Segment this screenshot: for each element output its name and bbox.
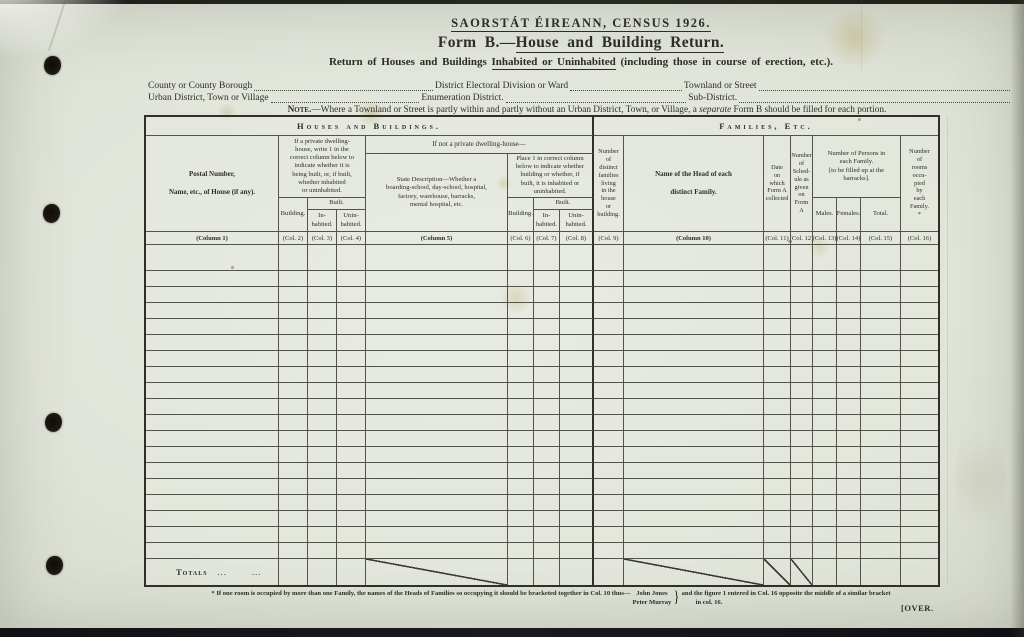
empty-entry-cell [560,495,594,511]
empty-entry-cell [279,335,308,351]
empty-entry-cell [560,479,594,495]
empty-entry-cell [308,447,337,463]
empty-entry-cell [791,527,813,543]
footnote-brace: } [673,588,679,604]
col-header-males-13: Males. [813,198,837,232]
column-label: (Col. 9) [594,232,624,245]
section-houses-buildings: Houses and Buildings. [146,117,594,136]
totals-empty-cell [534,559,560,585]
empty-entry-cell [534,479,560,495]
empty-entry-cell [901,335,938,351]
empty-entry-cell [791,511,813,527]
empty-entry-cell [901,245,938,271]
empty-entry-cell [308,319,337,335]
empty-entry-cell [366,447,508,463]
form-title-prefix: Form B.— [438,34,516,51]
empty-entry-cell [279,287,308,303]
empty-entry-cell [901,495,938,511]
empty-entry-cell [534,303,560,319]
empty-entry-cell [279,383,308,399]
empty-entry-cell [837,351,861,367]
empty-entry-cell [764,383,791,399]
field-line-1: County or County Borough District Electo… [148,79,1012,91]
empty-entry-cell [534,447,560,463]
empty-entry-cell [534,319,560,335]
totals-empty-cell [813,559,837,585]
empty-entry-cell [764,527,791,543]
totals-dots: ... ... ... [218,567,279,577]
empty-entry-cell [366,479,508,495]
empty-entry-cell [337,367,366,383]
empty-entry-cell [534,527,560,543]
empty-entry-cell [308,399,337,415]
empty-entry-cell [366,415,508,431]
empty-entry-cell [594,527,624,543]
empty-entry-cell [624,495,764,511]
empty-entry-cell [901,319,938,335]
empty-entry-cell [366,399,508,415]
empty-entry-cell [146,479,279,495]
empty-entry-cell [337,319,366,335]
empty-entry-cell [791,447,813,463]
totals-empty-cell [560,559,594,585]
empty-entry-cell [366,287,508,303]
empty-entry-cell [146,511,279,527]
empty-entry-cell [534,543,560,559]
totals-row-label-cell: Totals... ... ... [146,559,279,585]
urban-district-label: Urban District, Town or Village [148,93,269,103]
note-text-end: Form B should be filled for each portion… [731,105,886,115]
empty-entry-cell [508,303,534,319]
empty-entry-cell [837,383,861,399]
punch-hole [44,56,61,75]
empty-entry-cell [901,271,938,287]
empty-entry-cell [624,415,764,431]
punch-hole [46,556,63,575]
empty-entry-cell [594,479,624,495]
column-label: (Column 5) [366,232,508,245]
empty-entry-cell [279,351,308,367]
empty-entry-cell [764,245,791,271]
empty-entry-cell [534,335,560,351]
empty-entry-cell [624,351,764,367]
empty-entry-cell [337,383,366,399]
col-header-distinct-families-9: Number of distinct families living in th… [594,136,624,232]
empty-entry-cell [366,463,508,479]
empty-entry-cell [861,479,901,495]
empty-entry-cell [861,367,901,383]
empty-entry-cell [764,303,791,319]
empty-entry-cell [837,543,861,559]
empty-entry-cell [837,399,861,415]
totals-empty-cell [901,559,938,585]
totals-diagonal-cell [764,559,791,585]
column-label: (Col. 7) [534,232,560,245]
empty-entry-cell [366,271,508,287]
empty-entry-cell [279,415,308,431]
empty-entry-cell [901,463,938,479]
empty-entry-cell [764,415,791,431]
empty-entry-cell [594,383,624,399]
empty-entry-cell [813,447,837,463]
empty-entry-cell [146,335,279,351]
column-label: (Col. 8) [560,232,594,245]
empty-entry-cell [508,479,534,495]
empty-entry-cell [901,511,938,527]
empty-entry-cell [861,527,901,543]
empty-entry-cell [813,527,837,543]
empty-entry-cell [508,335,534,351]
empty-entry-cell [337,527,366,543]
empty-entry-cell [366,511,508,527]
empty-entry-cell [279,319,308,335]
empty-entry-cell [146,399,279,415]
empty-entry-cell [624,383,764,399]
empty-entry-cell [308,479,337,495]
empty-entry-cell [534,415,560,431]
empty-entry-cell [624,287,764,303]
empty-entry-cell [534,351,560,367]
empty-entry-cell [791,351,813,367]
col-header-building-6: Building. [508,198,534,232]
empty-entry-cell [837,271,861,287]
empty-entry-cell [791,319,813,335]
empty-entry-cell [337,415,366,431]
empty-entry-cell [813,245,837,271]
column-label: (Column 1) [146,232,279,245]
empty-entry-cell [624,463,764,479]
empty-entry-cell [279,447,308,463]
empty-entry-cell [366,527,508,543]
empty-entry-cell [560,335,594,351]
empty-entry-cell [791,495,813,511]
empty-entry-cell [366,351,508,367]
empty-entry-cell [534,431,560,447]
empty-entry-cell [594,447,624,463]
empty-entry-cell [560,303,594,319]
totals-diagonal-cell [791,559,813,585]
empty-entry-cell [813,303,837,319]
empty-entry-cell [146,271,279,287]
column-label: (Col. 6) [508,232,534,245]
empty-entry-cell [146,415,279,431]
empty-entry-cell [861,335,901,351]
empty-entry-cell [764,479,791,495]
empty-entry-cell [764,431,791,447]
empty-entry-cell [560,287,594,303]
empty-entry-cell [308,415,337,431]
empty-entry-cell [146,245,279,271]
empty-entry-cell [594,245,624,271]
empty-entry-cell [837,431,861,447]
empty-entry-cell [366,319,508,335]
column-label: (Column 10) [624,232,764,245]
empty-entry-cell [560,271,594,287]
empty-entry-cell [337,479,366,495]
empty-entry-cell [508,367,534,383]
empty-entry-cell [337,287,366,303]
empty-entry-cell [837,319,861,335]
empty-entry-cell [764,543,791,559]
empty-entry-cell [146,319,279,335]
empty-entry-cell [508,399,534,415]
empty-entry-cell [837,415,861,431]
empty-entry-cell [308,335,337,351]
empty-entry-cell [366,431,508,447]
col-header-private-dwelling-group: If a private dwelling- house, write 1 in… [279,136,366,198]
col-header-place1-group: Place 1 in correct column below to indic… [508,154,594,198]
empty-entry-cell [624,479,764,495]
empty-entry-cell [624,527,764,543]
empty-entry-cell [861,511,901,527]
footnote: * If one room is occupied by more than o… [168,590,934,607]
empty-entry-cell [560,431,594,447]
empty-entry-cell [279,495,308,511]
empty-entry-cell [594,431,624,447]
empty-entry-cell [508,351,534,367]
empty-entry-cell [813,351,837,367]
empty-entry-cell [901,527,938,543]
empty-entry-cell [764,287,791,303]
punch-hole [45,413,62,432]
empty-entry-cell [366,335,508,351]
empty-entry-cell [813,511,837,527]
scanned-census-form-page: SAORSTÁT ÉIREANN, CENSUS 1926. Form B.—H… [0,0,1024,637]
empty-entry-cell [624,245,764,271]
empty-entry-cell [624,367,764,383]
empty-entry-cell [279,303,308,319]
col-header-rooms-occupied-16: Number of rooms occu- pied by each Famil… [901,136,938,232]
empty-entry-cell [508,463,534,479]
note-italic-word: separate [699,105,731,115]
col-header-inhabited-3: In- habited. [308,210,337,232]
empty-entry-cell [764,495,791,511]
empty-entry-cell [308,351,337,367]
table-edge-shadow-line [947,116,948,584]
return-prefix: Return of Houses and Buildings [329,56,492,68]
empty-entry-cell [861,271,901,287]
county-borough-label: County or County Borough [148,81,252,91]
empty-entry-cell [837,335,861,351]
empty-entry-cell [337,351,366,367]
empty-entry-cell [337,399,366,415]
empty-entry-cell [764,271,791,287]
section-families: Families, Etc. [594,117,938,136]
district-electoral-division-label: District Electoral Division or Ward [435,81,568,91]
empty-entry-cell [308,287,337,303]
column-label: (Col. 14) [837,232,861,245]
empty-entry-cell [146,463,279,479]
empty-entry-cell [594,351,624,367]
empty-entry-cell [308,367,337,383]
empty-entry-cell [366,245,508,271]
empty-entry-cell [279,431,308,447]
empty-entry-cell [791,479,813,495]
column-label: (Col. 3) [308,232,337,245]
col-header-built-group-left: Built. [308,198,366,210]
dotted-leader [739,93,1010,103]
empty-entry-cell [337,271,366,287]
empty-entry-cell [764,447,791,463]
empty-entry-cell [861,543,901,559]
census-table: Houses and Buildings. Families, Etc. Pos… [144,115,940,587]
census-title: SAORSTÁT ÉIREANN, CENSUS 1926. [150,16,1012,31]
column-label: (Col. 12) [791,232,813,245]
empty-entry-cell [366,543,508,559]
empty-entry-cell [764,319,791,335]
totals-empty-cell [837,559,861,585]
empty-entry-cell [861,287,901,303]
empty-entry-cell [624,303,764,319]
empty-entry-cell [308,245,337,271]
empty-entry-cell [813,335,837,351]
return-subtitle: Return of Houses and Buildings Inhabited… [150,56,1012,68]
column-label: (Col. 2) [279,232,308,245]
empty-entry-cell [791,543,813,559]
empty-entry-cell [813,495,837,511]
empty-entry-cell [146,543,279,559]
empty-entry-cell [279,367,308,383]
empty-entry-cell [508,511,534,527]
empty-entry-cell [279,543,308,559]
empty-entry-cell [837,479,861,495]
empty-entry-cell [861,383,901,399]
empty-entry-cell [279,245,308,271]
empty-entry-cell [560,351,594,367]
col-header-building-2: Building. [279,198,308,232]
totals-label: Totals [176,567,208,577]
empty-entry-cell [624,543,764,559]
column-label: (Col. 13) [813,232,837,245]
empty-entry-cell [279,271,308,287]
empty-entry-cell [901,351,938,367]
return-suffix: (including those in course of erection, … [616,56,833,68]
empty-entry-cell [837,463,861,479]
col-header-females-14: Females. [837,198,861,232]
empty-entry-cell [837,447,861,463]
empty-entry-cell [508,431,534,447]
scan-edge-bottom [0,628,1024,637]
empty-entry-cell [594,271,624,287]
col-header-uninhabited-8: Unin- habited. [560,210,594,232]
empty-entry-cell [624,399,764,415]
col-header-head-of-family-10: Name of the Head of each distinct Family… [624,136,764,232]
empty-entry-cell [901,303,938,319]
empty-entry-cell [861,351,901,367]
empty-entry-cell [366,303,508,319]
empty-entry-cell [624,335,764,351]
empty-entry-cell [594,511,624,527]
empty-entry-cell [508,245,534,271]
empty-entry-cell [813,287,837,303]
empty-entry-cell [534,245,560,271]
col-header-not-private-group: If not a private dwelling-house— [366,136,594,154]
empty-entry-cell [837,367,861,383]
empty-entry-cell [560,319,594,335]
sub-district-label: Sub-District. [688,93,737,103]
empty-entry-cell [560,415,594,431]
empty-entry-cell [146,431,279,447]
empty-entry-cell [813,399,837,415]
empty-entry-cell [337,335,366,351]
empty-entry-cell [861,431,901,447]
scan-edge-top [0,0,1024,4]
scan-edge-right [1010,0,1024,637]
empty-entry-cell [837,527,861,543]
empty-entry-cell [624,511,764,527]
empty-entry-cell [560,463,594,479]
empty-entry-cell [560,511,594,527]
empty-entry-cell [146,351,279,367]
empty-entry-cell [279,511,308,527]
empty-entry-cell [594,319,624,335]
totals-diagonal-cell [624,559,764,585]
empty-entry-cell [508,495,534,511]
empty-entry-cell [791,415,813,431]
empty-entry-cell [146,383,279,399]
dotted-leader [570,81,682,91]
empty-entry-cell [508,415,534,431]
col-header-total-15: Total. [861,198,901,232]
col-header-uninhabited-4: Unin- habited. [337,210,366,232]
empty-entry-cell [813,271,837,287]
totals-diagonal-cell [366,559,508,585]
empty-entry-cell [146,303,279,319]
empty-entry-cell [534,287,560,303]
empty-entry-cell [594,543,624,559]
empty-entry-cell [791,367,813,383]
empty-entry-cell [308,511,337,527]
empty-entry-cell [534,511,560,527]
totals-empty-cell [861,559,901,585]
empty-entry-cell [624,319,764,335]
dotted-leader [254,81,433,91]
empty-entry-cell [764,351,791,367]
footnote-tail-line-1: and the figure 1 entered in Col. 16 oppo… [682,590,891,597]
empty-entry-cell [560,245,594,271]
empty-entry-cell [337,245,366,271]
empty-entry-cell [508,383,534,399]
form-heading: SAORSTÁT ÉIREANN, CENSUS 1926. Form B.—H… [150,16,1012,68]
empty-entry-cell [861,399,901,415]
empty-entry-cell [308,271,337,287]
empty-entry-cell [791,399,813,415]
col-header-built-group-right: Built. [534,198,594,210]
column-label: (Col. 11) [764,232,791,245]
empty-entry-cell [813,367,837,383]
empty-entry-cell [534,383,560,399]
empty-entry-cell [791,463,813,479]
empty-entry-cell [861,447,901,463]
empty-entry-cell [791,303,813,319]
dotted-leader [271,93,420,103]
empty-entry-cell [534,271,560,287]
empty-entry-cell [813,415,837,431]
footnote-tail-text: and the figure 1 entered in Col. 16 oppo… [682,590,891,607]
empty-entry-cell [366,383,508,399]
empty-entry-cell [791,271,813,287]
note-text: —Where a Townland or Street is partly wi… [311,105,699,115]
form-title-main: House and Building Return. [516,34,724,53]
empty-entry-cell [791,383,813,399]
footnote-main-text: * If one room is occupied by more than o… [211,590,630,599]
townland-street-label: Townland or Street [684,81,757,91]
col-header-persons-group: Number of Persons in each Family. [to be… [813,136,901,198]
over-label: [OVER. [901,603,934,613]
empty-entry-cell [534,367,560,383]
empty-entry-cell [861,245,901,271]
empty-entry-cell [508,527,534,543]
